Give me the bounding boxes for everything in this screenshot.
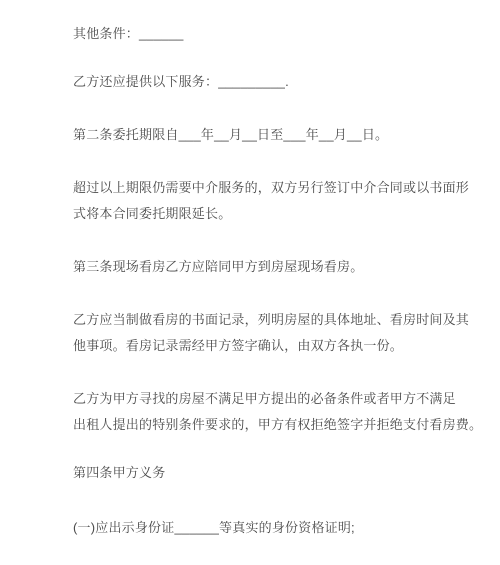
paragraph-refusal-conditions: 乙方为甲方寻找的房屋不满足甲方提出的必备条件或者甲方不满足 出租人提出的特别条件… xyxy=(73,386,470,438)
paragraph-id-proof-item: (一)应出示身份证______等真实的身份资格证明; xyxy=(73,515,470,541)
text-line: 式将本合同委托期限延长。 xyxy=(73,201,470,227)
text-line: 超过以上期限仍需要中介服务的，双方另行签订中介合同或以书面形 xyxy=(73,175,470,201)
paragraph-additional-services: 乙方还应提供以下服务：_________. xyxy=(73,69,470,95)
text-line: 第三条现场看房乙方应陪同甲方到房屋现场看房。 xyxy=(73,254,470,280)
paragraph-article2-entrust-term: 第二条委托期限自___年__月__日至___年__月__日。 xyxy=(73,122,470,148)
text-line: 乙方还应提供以下服务：_________. xyxy=(73,69,470,95)
text-line: 其他条件：______ xyxy=(73,21,470,47)
paragraph-term-extension: 超过以上期限仍需要中介服务的，双方另行签订中介合同或以书面形 式将本合同委托期限… xyxy=(73,175,470,227)
contract-document-page: 其他条件：______ 乙方还应提供以下服务：_________. 第二条委托期… xyxy=(0,0,500,565)
paragraph-article4-party-a-obligations: 第四条甲方义务 xyxy=(73,460,470,486)
paragraph-other-conditions: 其他条件：______ xyxy=(73,21,470,47)
text-line: 第二条委托期限自___年__月__日至___年__月__日。 xyxy=(73,122,470,148)
paragraph-viewing-record: 乙方应当制做看房的书面记录，列明房屋的具体地址、看房时间及其 他事项。看房记录需… xyxy=(73,307,470,359)
text-line: 乙方为甲方寻找的房屋不满足甲方提出的必备条件或者甲方不满足 xyxy=(73,386,470,412)
text-line: 第四条甲方义务 xyxy=(73,460,470,486)
text-line: 他事项。看房记录需经甲方签字确认，由双方各执一份。 xyxy=(73,333,470,359)
text-line: 乙方应当制做看房的书面记录，列明房屋的具体地址、看房时间及其 xyxy=(73,307,470,333)
text-line: (一)应出示身份证______等真实的身份资格证明; xyxy=(73,515,470,541)
text-line: 出租人提出的特别条件要求的，甲方有权拒绝签字并拒绝支付看房费。 xyxy=(73,412,470,438)
paragraph-article3-site-viewing: 第三条现场看房乙方应陪同甲方到房屋现场看房。 xyxy=(73,254,470,280)
